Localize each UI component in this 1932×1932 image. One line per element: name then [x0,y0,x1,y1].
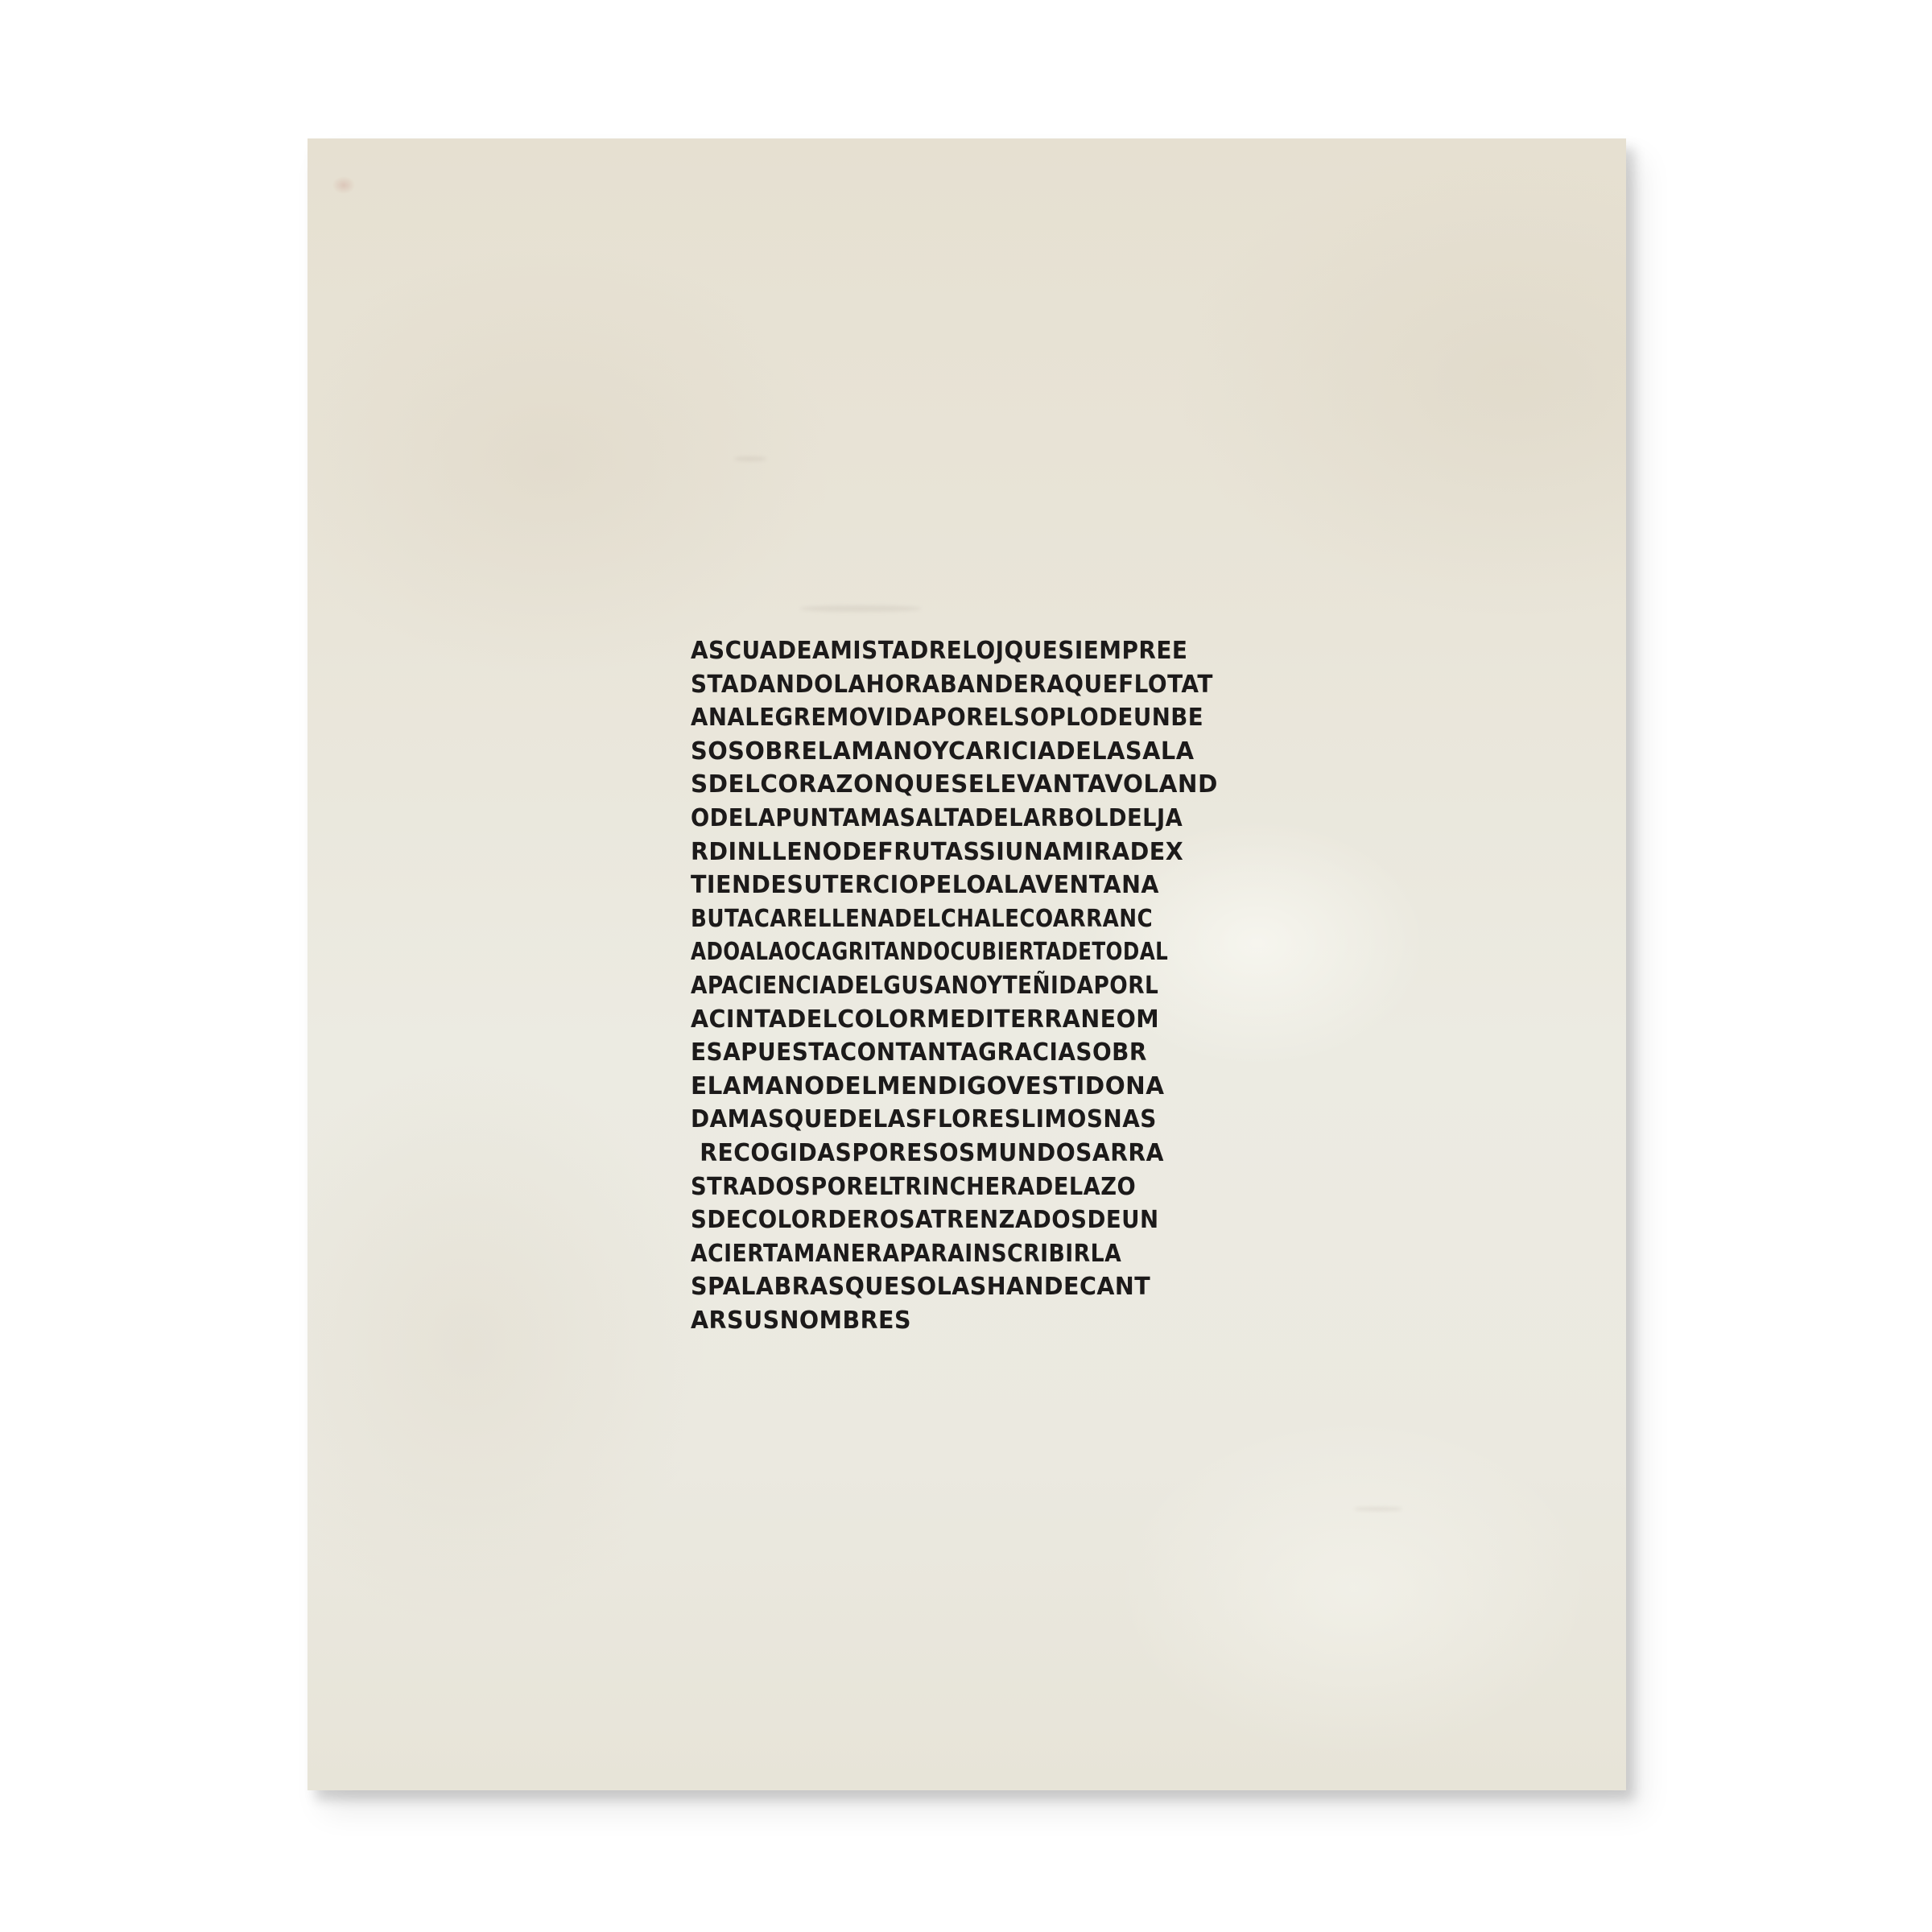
poem-line-21: ARSUSNOMBRES [691,1304,1272,1338]
poem-line-7: RDINLLENODEFRUTASSIUNAMIRADEX [691,836,1272,869]
poem-line-14: ELAMANODELMENDIGOVESTIDONA [691,1070,1290,1104]
poem-line-15: DAMASQUEDELASFLORESLIMOSNAS [691,1103,1260,1137]
poem-line-5: SDELCORAZONQUESELEVANTAVOLAND [691,768,1290,802]
poem-line-6: ODELAPUNTAMASALTADELARBOLDELJA [691,802,1248,836]
paper-stain [734,456,766,461]
poem-line-16: RECOGIDASPORESOSMUNDOSARRA [691,1137,1265,1170]
poem-line-1: ASCUADEAMISTADRELOJQUESIEMPREE [691,634,1260,668]
poem-line-4: SOSOBRELAMANOYCARICIADELASALA [691,735,1278,769]
paper-stain [800,605,921,612]
handwritten-poem-block: ASCUADEAMISTADRELOJQUESIEMPREE STADANDOL… [691,634,1302,1337]
poem-line-20: SPALABRASQUESOLASHANDECANT [691,1270,1272,1304]
poem-line-18: SDECOLORDEROSATRENZADOSDEUN [691,1203,1253,1237]
poem-line-13: ESAPUESTACONTANTAGRACIASOBR [691,1036,1260,1070]
poem-line-2: STADANDOLAHORABANDERAQUEFLOTAT [691,668,1260,702]
poem-line-17: STRADOSPORELTRINCHERADELAZO [691,1170,1248,1204]
poem-line-9: BUTACARELLENADELCHALECOARRANC [691,902,1223,936]
poem-line-19: ACIERTAMANERAPARAINSCRIBIRLA [691,1237,1235,1271]
poem-line-10: ADOALAOCAGRITANDOCUBIERTADETODAL [691,935,1192,969]
poem-line-11: APACIENCIADELGUSANOYTEÑIDAPORL [691,969,1229,1003]
paper-stain [1354,1507,1402,1511]
poem-line-12: ACINTADELCOLORMEDITERRANEOM [691,1003,1272,1037]
poem-line-3: ANALEGREMOVIDAPORELSOPLODEUNBE [691,701,1253,735]
artwork-canvas: ASCUADEAMISTADRELOJQUESIEMPREE STADANDOL… [0,0,1932,1932]
poem-line-8: TIENDESUTERCIOPELOALAVENTANA [691,869,1272,902]
